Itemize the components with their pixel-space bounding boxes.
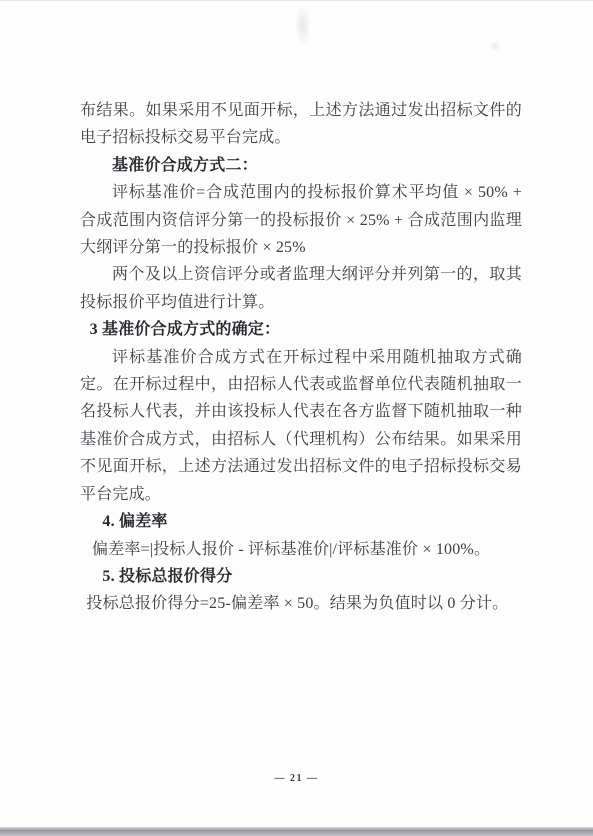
paragraph-deviation-rate-formula: 偏差率=|投标人报价 - 评标基准价|/评标基准价 × 100%。	[80, 536, 522, 563]
document-body: 布结果。如果采用不见面开标，上述方法通过发出招标文件的电子招标投标交易平台完成。…	[80, 97, 522, 618]
heading-section-4-deviation-rate: 4. 偏差率	[80, 508, 522, 535]
heading-base-price-method-two: 基准价合成方式二：	[80, 152, 522, 179]
paragraph-tie-rule: 两个及以上资信评分或者监理大纲评分并列第一的，取其投标报价平均值进行计算。	[80, 261, 522, 316]
document-page: 布结果。如果采用不见面开标，上述方法通过发出招标文件的电子招标投标交易平台完成。…	[0, 0, 593, 836]
heading-section-5-total-bid-price-score: 5. 投标总报价得分	[80, 563, 522, 590]
paragraph-total-bid-price-score-formula: 投标总报价得分=25-偏差率 × 50。结果为负值时以 0 分计。	[80, 590, 522, 617]
scan-artifact-dot	[489, 41, 501, 51]
scan-edge-shadow	[0, 827, 593, 836]
scan-artifact-smudge	[295, 3, 311, 47]
heading-section-3-method-determination: 3 基准价合成方式的确定：	[80, 316, 522, 343]
paragraph-method-two-formula: 评标基准价=合成范围内的投标报价算术平均值 × 50% + 合成范围内资信评分第…	[80, 179, 522, 261]
page-number: — 21 —	[0, 773, 593, 784]
paragraph-random-selection-procedure: 评标基准价合成方式在开标过程中采用随机抽取方式确定。在开标过程中，由招标人代表或…	[80, 344, 522, 508]
paragraph-continuation: 布结果。如果采用不见面开标，上述方法通过发出招标文件的电子招标投标交易平台完成。	[80, 97, 522, 152]
